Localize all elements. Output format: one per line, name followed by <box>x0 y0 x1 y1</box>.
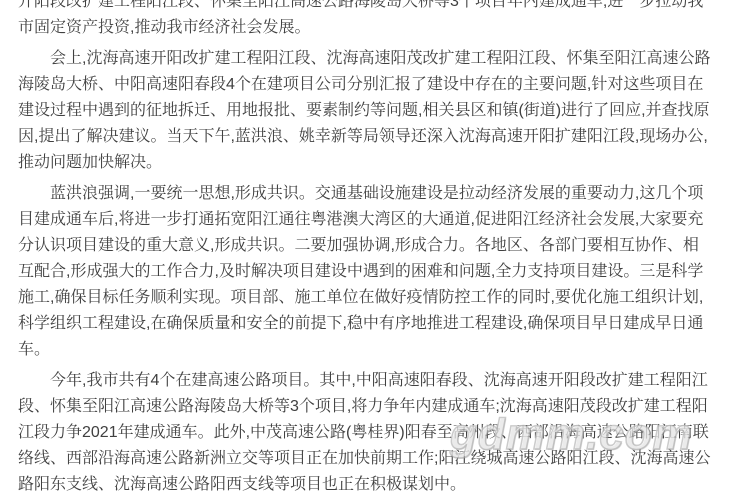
paragraph-meeting-report: 会上,沈海高速开阳改扩建工程阳江段、沈海高速阳茂改扩建工程阳江段、怀集至阳江高速… <box>18 46 713 176</box>
article-body: 开阳段改扩建工程阳江段、怀集至阳江高速公路海陵岛大桥等3个项目年内建成通车,进一… <box>0 0 731 498</box>
paragraph-official-remarks: 蓝洪浪强调,一要统一思想,形成共识。交通基础设施建设是拉动经济发展的重要动力,这… <box>18 181 713 363</box>
paragraph-projects-overview: 今年,我市共有4个在建高速公路项目。其中,中阳高速阳春段、沈海高速开阳段改扩建工… <box>18 368 713 498</box>
paragraph-lede-continuation: 开阳段改扩建工程阳江段、怀集至阳江高速公路海陵岛大桥等3个项目年内建成通车,进一… <box>18 0 713 41</box>
